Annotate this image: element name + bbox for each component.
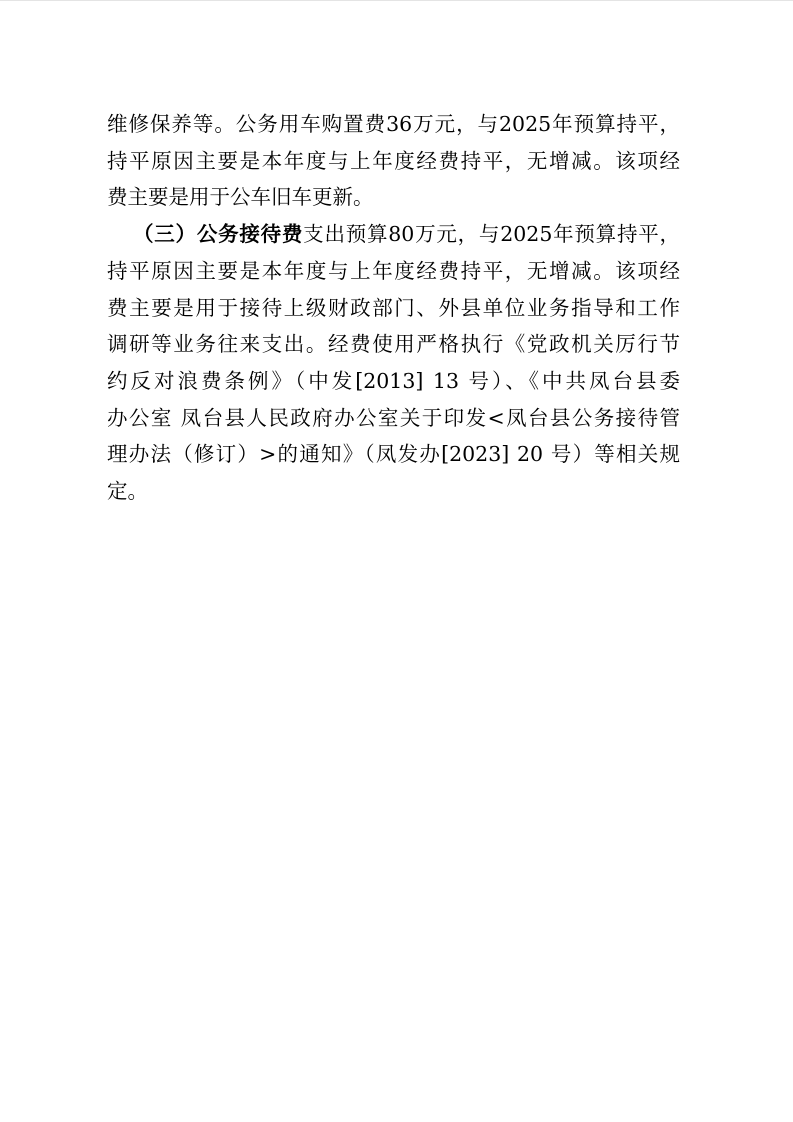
text-line: 理办法（修订）>的通知》（凤发办[2023] 20 号）等相关规 (107, 436, 680, 473)
text-line: 持平原因主要是本年度与上年度经费持平，无增减。该项经 (107, 143, 680, 180)
document-page: 维修保养等。公务用车购置费36万元，与2025年预算持平， 持平原因主要是本年度… (0, 0, 793, 1122)
text-line: 定。 (107, 473, 680, 510)
paragraph-official-vehicle: 维修保养等。公务用车购置费36万元，与2025年预算持平， 持平原因主要是本年度… (107, 106, 680, 216)
paragraph-official-reception: （三）公务接待费支出预算80万元，与2025年预算持平， 持平原因主要是本年度与… (107, 216, 680, 510)
section-heading-reception-fee: （三）公务接待费 (133, 222, 303, 246)
text-line: （三）公务接待费支出预算80万元，与2025年预算持平， (107, 216, 680, 253)
text-line: 费主要是用于接待上级财政部门、外县单位业务指导和工作 (107, 290, 680, 327)
text-run: 支出预算80万元，与2025年预算持平， (303, 222, 680, 246)
text-line: 持平原因主要是本年度与上年度经费持平，无增减。该项经 (107, 253, 680, 290)
text-line: 约反对浪费条例》（中发[2013] 13 号）、《中共凤台县委 (107, 363, 680, 400)
page-top-edge (0, 0, 793, 1)
text-block: 维修保养等。公务用车购置费36万元，与2025年预算持平， 持平原因主要是本年度… (107, 106, 680, 510)
text-line: 费主要是用于公车旧车更新。 (107, 179, 680, 216)
text-line: 办公室 凤台县人民政府办公室关于印发<凤台县公务接待管 (107, 400, 680, 437)
text-line: 调研等业务往来支出。经费使用严格执行《党政机关厉行节 (107, 326, 680, 363)
text-line: 维修保养等。公务用车购置费36万元，与2025年预算持平， (107, 106, 680, 143)
